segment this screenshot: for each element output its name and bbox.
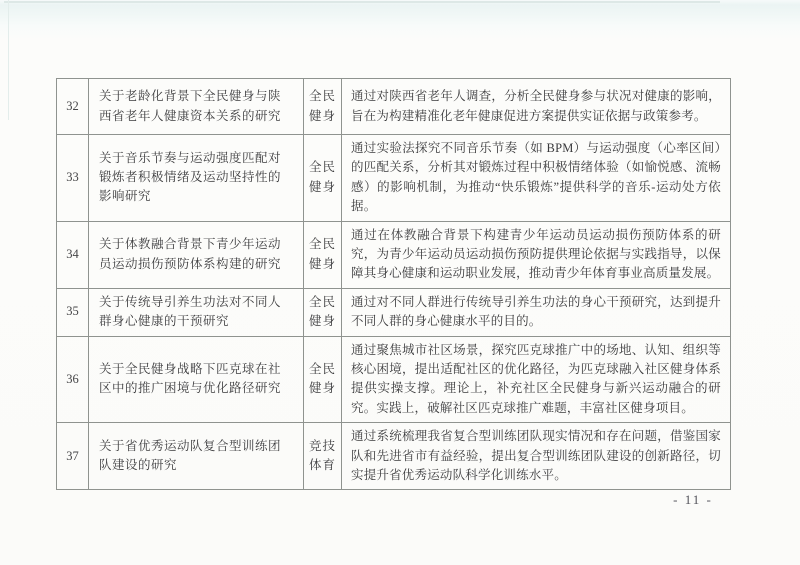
- project-title-cell: 关于省优秀运动队复合型训练团队建设的研究: [89, 423, 304, 490]
- table-row: 32 关于老龄化背景下全民健身与陕西省老年人健康资本关系的研究 全民健身 通过对…: [57, 79, 731, 135]
- scanned-document-page: 32 关于老龄化背景下全民健身与陕西省老年人健康资本关系的研究 全民健身 通过对…: [0, 0, 800, 565]
- description-cell: 通过在体教融合背景下构建青少年运动员运动损伤预防体系的研究，为青少年运动员运动损…: [342, 221, 731, 288]
- table-row: 36 关于全民健身战略下匹克球在社区中的推广困境与优化路径研究 全民健身 通过聚…: [57, 336, 731, 423]
- row-number-cell: 36: [57, 336, 89, 423]
- row-number-cell: 34: [57, 221, 89, 288]
- project-title-cell: 关于音乐节奏与运动强度匹配对锻炼者积极情绪及运动坚持性的影响研究: [89, 135, 304, 222]
- category-cell: 全民健身: [304, 135, 342, 222]
- description-cell: 通过对不同人群进行传统导引养生功法的身心干预研究，达到提升不同人群的身心健康水平…: [342, 288, 731, 336]
- row-number-cell: 37: [57, 423, 89, 490]
- projects-table: 32 关于老龄化背景下全民健身与陕西省老年人健康资本关系的研究 全民健身 通过对…: [56, 78, 731, 490]
- table-row: 37 关于省优秀运动队复合型训练团队建设的研究 竞技体育 通过系统梳理我省复合型…: [57, 423, 731, 490]
- project-title-cell: 关于传统导引养生功法对不同人群身心健康的干预研究: [89, 288, 304, 336]
- project-title-cell: 关于体教融合背景下青少年运动员运动损伤预防体系构建的研究: [89, 221, 304, 288]
- scan-top-edge: [4, 1, 720, 3]
- row-number-cell: 35: [57, 288, 89, 336]
- page-number: - 11 -: [648, 492, 738, 508]
- description-cell: 通过聚焦城市社区场景，探究匹克球推广中的场地、认知、组织等核心困境，提出适配社区…: [342, 336, 731, 423]
- description-cell: 通过实验法探究不同音乐节奏（如 BPM）与运动强度（心率区间）的匹配关系，分析其…: [342, 135, 731, 222]
- table-row: 33 关于音乐节奏与运动强度匹配对锻炼者积极情绪及运动坚持性的影响研究 全民健身…: [57, 135, 731, 222]
- category-cell: 全民健身: [304, 79, 342, 135]
- row-number-cell: 33: [57, 135, 89, 222]
- category-cell: 竞技体育: [304, 423, 342, 490]
- row-number-cell: 32: [57, 79, 89, 135]
- scan-left-edge: [8, 0, 9, 120]
- description-cell: 通过对陕西省老年人调查，分析全民健身参与状况对健康的影响，旨在为构建精准化老年健…: [342, 79, 731, 135]
- table-row: 35 关于传统导引养生功法对不同人群身心健康的干预研究 全民健身 通过对不同人群…: [57, 288, 731, 336]
- project-title-cell: 关于老龄化背景下全民健身与陕西省老年人健康资本关系的研究: [89, 79, 304, 135]
- category-cell: 全民健身: [304, 221, 342, 288]
- project-title-cell: 关于全民健身战略下匹克球在社区中的推广困境与优化路径研究: [89, 336, 304, 423]
- table-row: 34 关于体教融合背景下青少年运动员运动损伤预防体系构建的研究 全民健身 通过在…: [57, 221, 731, 288]
- category-cell: 全民健身: [304, 288, 342, 336]
- description-cell: 通过系统梳理我省复合型训练团队现实情况和存在问题，借鉴国家队和先进省市有益经验，…: [342, 423, 731, 490]
- category-cell: 全民健身: [304, 336, 342, 423]
